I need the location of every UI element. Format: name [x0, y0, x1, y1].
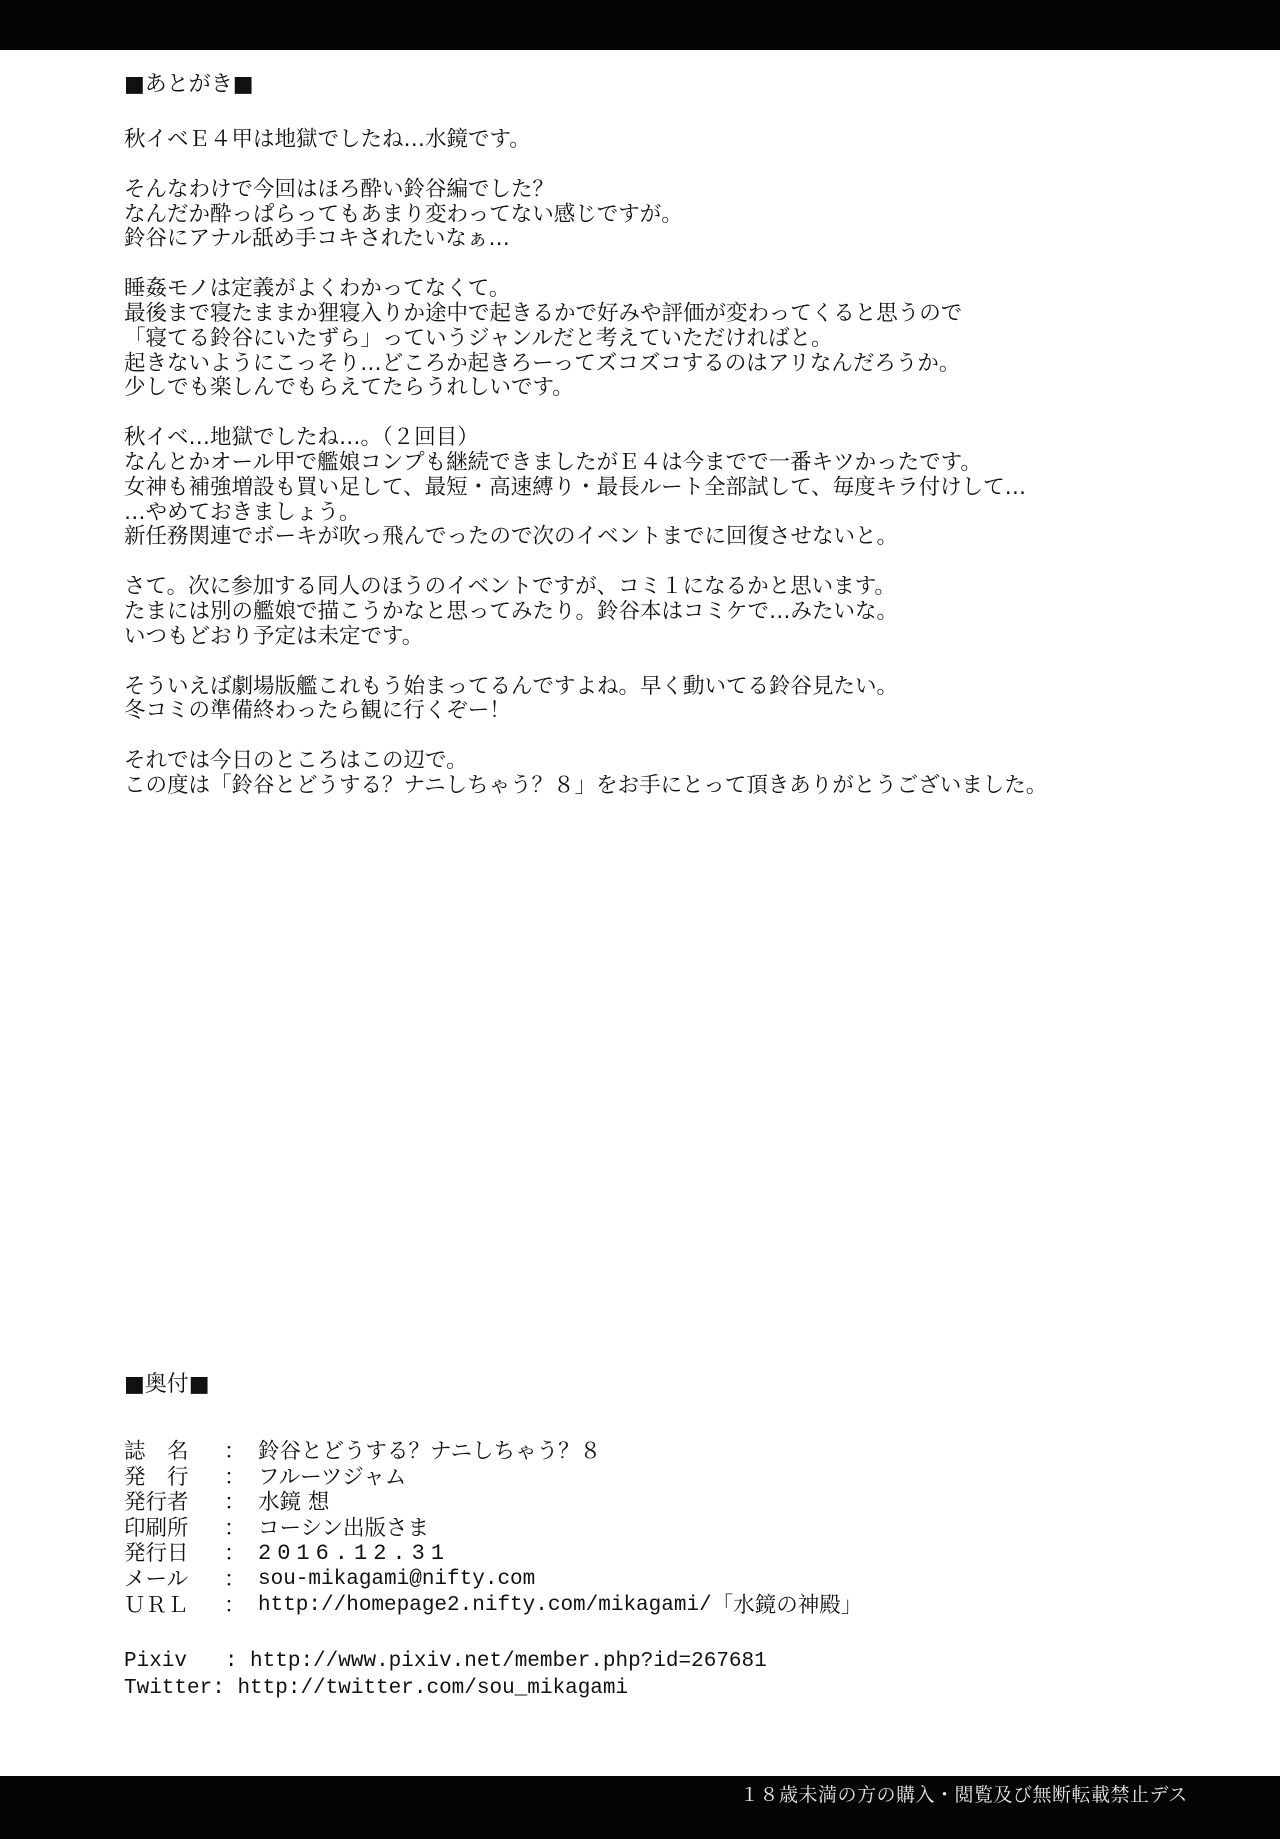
text-line: 女神も補強増設も買い足して、最短・高速縛り・最長ルート全部試して、毎度キラ付けし…: [124, 476, 1244, 501]
text-line: 「寝てる鈴谷にいたずら」っていうジャンルだと考えていただければと。: [124, 327, 1244, 352]
colophon-row-url: ＵＲＬ ： http://homepage2.nifty.com/mikagam…: [124, 1593, 1124, 1619]
age-restriction-notice: １８歳未満の方の購入・閲覧及び無断転載禁止デス: [740, 1780, 1188, 1807]
website-link[interactable]: http://homepage2.nifty.com/mikagami/: [258, 1593, 712, 1619]
colophon-heading: ■奥付■: [124, 1372, 1124, 1398]
afterword-paragraph-5: さて。次に参加する同人のほうのイベントですが、コミ１になるかと思います。 たまに…: [124, 575, 1244, 649]
afterword-paragraph-7: それでは今日のところはこの辺で。 この度は「鈴谷とどうする？ナニしちゃう？８」を…: [124, 749, 1244, 799]
twitter-row: Twitter: http://twitter.com/sou_mikagami: [124, 1675, 1124, 1702]
text-line: この度は「鈴谷とどうする？ナニしちゃう？８」をお手にとって頂きありがとうございま…: [124, 774, 1244, 799]
row-separator: ：: [224, 1516, 258, 1542]
text-line: 鈴谷にアナル舐め手コキされたいなぁ…: [124, 227, 1244, 252]
colophon-row-publisher: 発 行 ： フルーツジャム: [124, 1465, 1124, 1491]
social-links: Pixiv : http://www.pixiv.net/member.php?…: [124, 1648, 1124, 1702]
text-line: そういえば劇場版艦これもう始まってるんですよね。早く動いてる鈴谷見たい。: [124, 675, 1244, 700]
text-line: さて。次に参加する同人のほうのイベントですが、コミ１になるかと思います。: [124, 575, 1244, 600]
afterword-paragraph-1: 秋イベＥ４甲は地獄でしたね…水鏡です。: [124, 128, 1244, 153]
colophon-row-author: 発行者 ： 水鏡 想: [124, 1490, 1124, 1516]
row-separator: ：: [224, 1490, 258, 1516]
text-line: 起きないようにこっそり…どころか起きろーってズコズコするのはアリなんだろうか。: [124, 352, 1244, 377]
text-line: 睡姦モノは定義がよくわかってなくて。: [124, 277, 1244, 302]
colophon-row-title: 誌 名 ： 鈴谷とどうする？ナニしちゃう？８: [124, 1439, 1124, 1465]
row-label: メール: [124, 1567, 224, 1593]
website-name: 「水鏡の神殿」: [712, 1593, 863, 1619]
row-separator: ：: [224, 1541, 258, 1567]
row-label: 発 行: [124, 1465, 224, 1491]
row-separator: ：: [224, 1465, 258, 1491]
twitter-link[interactable]: http://twitter.com/sou_mikagami: [237, 1677, 628, 1700]
row-value: コーシン出版さま: [258, 1516, 429, 1542]
row-label: ＵＲＬ: [124, 1593, 224, 1619]
afterword-heading: ■あとがき■: [124, 72, 1244, 98]
row-separator: :: [212, 1677, 237, 1700]
afterword-paragraph-3: 睡姦モノは定義がよくわかってなくて。 最後まで寝たままか狸寝入りか途中で起きるか…: [124, 277, 1244, 401]
text-line: 秋イベ…地獄でしたね…。（２回目）: [124, 426, 1244, 451]
row-value: 水鏡 想: [258, 1490, 329, 1516]
text-line: なんだか酔っぱらってもあまり変わってない感じですが。: [124, 203, 1244, 228]
email-link[interactable]: sou-mikagami@nifty.com: [258, 1567, 535, 1593]
row-separator: ：: [224, 1593, 258, 1619]
top-black-bar: [0, 0, 1280, 50]
row-label: 印刷所: [124, 1516, 224, 1542]
row-label: 誌 名: [124, 1439, 224, 1465]
twitter-label: Twitter: [124, 1677, 212, 1700]
text-line: たまには別の艦娘で描こうかなと思ってみたり。鈴谷本はコミケで…みたいな。: [124, 600, 1244, 625]
bottom-black-bar: １８歳未満の方の購入・閲覧及び無断転載禁止デス: [0, 1776, 1280, 1839]
colophon-row-printer: 印刷所 ： コーシン出版さま: [124, 1516, 1124, 1542]
text-line: なんとかオール甲で艦娘コンプも継続できましたがＥ４は今までで一番キツかったです。: [124, 451, 1244, 476]
text-line: 最後まで寝たままか狸寝入りか途中で起きるかで好みや評価が変わってくると思うので: [124, 302, 1244, 327]
text-line: いつもどおり予定は未定です。: [124, 625, 1244, 650]
row-separator: :: [225, 1650, 250, 1673]
row-value: 2016.12.31: [258, 1541, 450, 1567]
row-label: 発行日: [124, 1541, 224, 1567]
text-line: 新任務関連でボーキが吹っ飛んでったので次のイベントまでに回復させないと。: [124, 525, 1244, 550]
text-line: 秋イベＥ４甲は地獄でしたね…水鏡です。: [124, 128, 1244, 153]
pixiv-label: Pixiv: [124, 1650, 225, 1673]
afterword-paragraph-6: そういえば劇場版艦これもう始まってるんですよね。早く動いてる鈴谷見たい。 冬コミ…: [124, 675, 1244, 725]
text-line: そんなわけで今回はほろ酔い鈴谷編でした？: [124, 178, 1244, 203]
row-value: フルーツジャム: [258, 1465, 406, 1491]
row-separator: ：: [224, 1439, 258, 1465]
pixiv-row: Pixiv : http://www.pixiv.net/member.php?…: [124, 1648, 1124, 1675]
text-line: 冬コミの準備終わったら観に行くぞー！: [124, 699, 1244, 724]
text-line: …やめておきましょう。: [124, 501, 1244, 526]
colophon-row-date: 発行日 ： 2016.12.31: [124, 1541, 1124, 1567]
pixiv-link[interactable]: http://www.pixiv.net/member.php?id=26768…: [250, 1650, 767, 1673]
afterword-paragraph-4: 秋イベ…地獄でしたね…。（２回目） なんとかオール甲で艦娘コンプも継続できました…: [124, 426, 1244, 550]
colophon-section: ■奥付■ 誌 名 ： 鈴谷とどうする？ナニしちゃう？８ 発 行 ： フルーツジャ…: [124, 1372, 1124, 1702]
afterword-paragraph-2: そんなわけで今回はほろ酔い鈴谷編でした？ なんだか酔っぱらってもあまり変わってな…: [124, 178, 1244, 252]
colophon-row-email: メール ： sou-mikagami@nifty.com: [124, 1567, 1124, 1593]
text-line: 少しでも楽しんでもらえてたらうれしいです。: [124, 376, 1244, 401]
afterword-section: ■あとがき■ 秋イベＥ４甲は地獄でしたね…水鏡です。 そんなわけで今回はほろ酔い…: [124, 72, 1244, 799]
row-label: 発行者: [124, 1490, 224, 1516]
row-separator: ：: [224, 1567, 258, 1593]
text-line: それでは今日のところはこの辺で。: [124, 749, 1244, 774]
row-value: 鈴谷とどうする？ナニしちゃう？８: [258, 1439, 601, 1465]
